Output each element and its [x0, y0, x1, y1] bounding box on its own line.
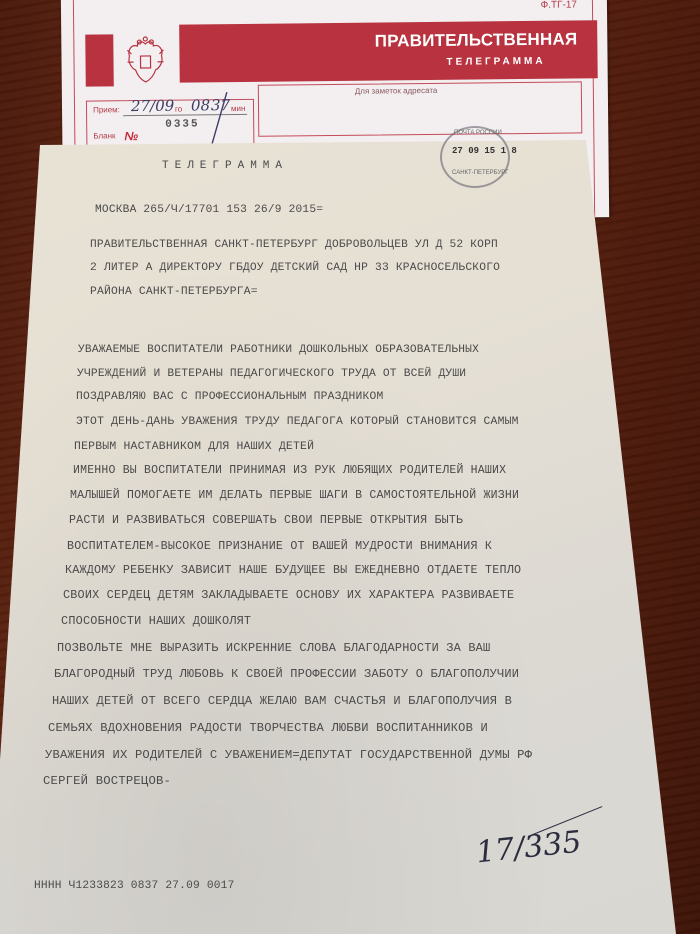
title-banner: ПРАВИТЕЛЬСТВЕННАЯ ТЕЛЕГРАММА [179, 20, 598, 82]
stamp-ring-top: ПОЧТА РОССИИ [454, 130, 502, 136]
address-line: ПРАВИТЕЛЬСТВЕННАЯ САНКТ-ПЕТЕРБУРГ ДОБРОВ… [90, 239, 498, 251]
hours-label: го [175, 105, 182, 114]
received-label: Прием: [93, 105, 120, 114]
message-line: УВАЖЕНИЯ ИХ РОДИТЕЛЕЙ С УВАЖЕНИЕМ=ДЕПУТА… [45, 748, 532, 762]
message-line: СПОСОБНОСТИ НАШИХ ДОШКОЛЯТ [61, 614, 251, 628]
message-line: ПОЗВОЛЬТЕ МНЕ ВЫРАЗИТЬ ИСКРЕННИЕ СЛОВА Б… [57, 641, 490, 655]
address-line: 2 ЛИТЕР А ДИРЕКТОРУ ГБДОУ ДЕТСКИЙ САД НР… [90, 262, 500, 274]
message-line: СЕРГЕЙ ВОСТРЕЦОВ- [43, 774, 171, 788]
notes-label: Для заметок адресата [355, 86, 438, 96]
message-line: УВАЖАЕМЫЕ ВОСПИТАТЕЛИ РАБОТНИКИ ДОШКОЛЬН… [78, 344, 479, 356]
message-line: СЕМЬЯХ ВДОХНОВЕНИЯ РАДОСТИ ТВОРЧЕСТВА ЛЮ… [48, 721, 488, 735]
message-line: БЛАГОРОДНЫЙ ТРУД ЛЮБОВЬ К СВОЕЙ ПРОФЕССИ… [54, 667, 519, 681]
message-line: ПЕРВЫМ НАСТАВНИКОМ ДЛЯ НАШИХ ДЕТЕЙ [74, 440, 314, 453]
recipient-notes-box: Для заметок адресата [258, 81, 583, 136]
blank-label: Бланк [93, 131, 115, 140]
message-line: МАЛЫШЕЙ ПОМОГАЕТЕ ИМ ДЕЛАТЬ ПЕРВЫЕ ШАГИ … [70, 489, 519, 502]
blank-number-sign: № [124, 129, 138, 143]
postmark-stamp: ПОЧТА РОССИИ 27 09 15 1 8 САНКТ-ПЕТЕРБУР… [440, 126, 510, 188]
message-line: ИМЕННО ВЫ ВОСПИТАТЕЛИ ПРИНИМАЯ ИЗ РУК ЛЮ… [73, 464, 506, 477]
stamp-date: 27 09 15 1 8 [452, 146, 517, 156]
message-line: УЧРЕЖДЕНИЙ И ВЕТЕРАНЫ ПЕДАГОГИЧЕСКОГО ТР… [77, 368, 466, 380]
received-date-handwritten: 27/09 [131, 97, 174, 115]
form-code: Ф.ТГ-17 [541, 0, 577, 11]
message-line: НАШИХ ДЕТЕЙ ОТ ВСЕГО СЕРДЦА ЖЕЛАЮ ВАМ СЧ… [52, 694, 512, 708]
message-line: КАЖДОМУ РЕБЕНКУ ЗАВИСИТ НАШЕ БУДУЩЕЕ ВЫ … [65, 563, 521, 577]
origin-line: МОСКВА 265/Ч/17701 153 26/9 2015= [95, 204, 323, 216]
message-line: ЭТОТ ДЕНЬ-ДАНЬ УВАЖЕНИЯ ТРУДУ ПЕДАГОГА К… [76, 416, 519, 428]
banner-subtitle: ТЕЛЕГРАММА [446, 56, 545, 68]
russian-coat-of-arms-icon [123, 36, 168, 84]
stamp-ring-bottom: САНКТ-ПЕТЕРБУРГ [452, 170, 509, 176]
banner-title: ПРАВИТЕЛЬСТВЕННАЯ [375, 29, 578, 51]
message-line: ПОЗДРАВЛЯЮ ВАС С ПРОФЕССИОНАЛЬНЫМ ПРАЗДН… [76, 391, 384, 403]
service-footer-line: НННН Ч1233823 0837 27.09 0017 [34, 880, 235, 892]
message-line: СВОИХ СЕРДЕЦ ДЕТЯМ ЗАКЛАДЫВАЕТЕ ОСНОВУ И… [63, 588, 514, 602]
message-line: ВОСПИТАТЕЛЕМ-ВЫСОКОЕ ПРИЗНАНИЕ ОТ ВАШЕЙ … [67, 539, 492, 553]
telegram-heading: ТЕЛЕГРАММА [162, 160, 288, 172]
message-line: РАСТИ И РАЗВИВАТЬСЯ СОВЕРШАТЬ СВОИ ПЕРВЫ… [69, 514, 463, 527]
blank-number: 0335 [165, 118, 200, 130]
red-block-decoration [85, 34, 114, 86]
address-line: РАЙОНА САНКТ-ПЕТЕРБУРГА= [90, 286, 258, 298]
